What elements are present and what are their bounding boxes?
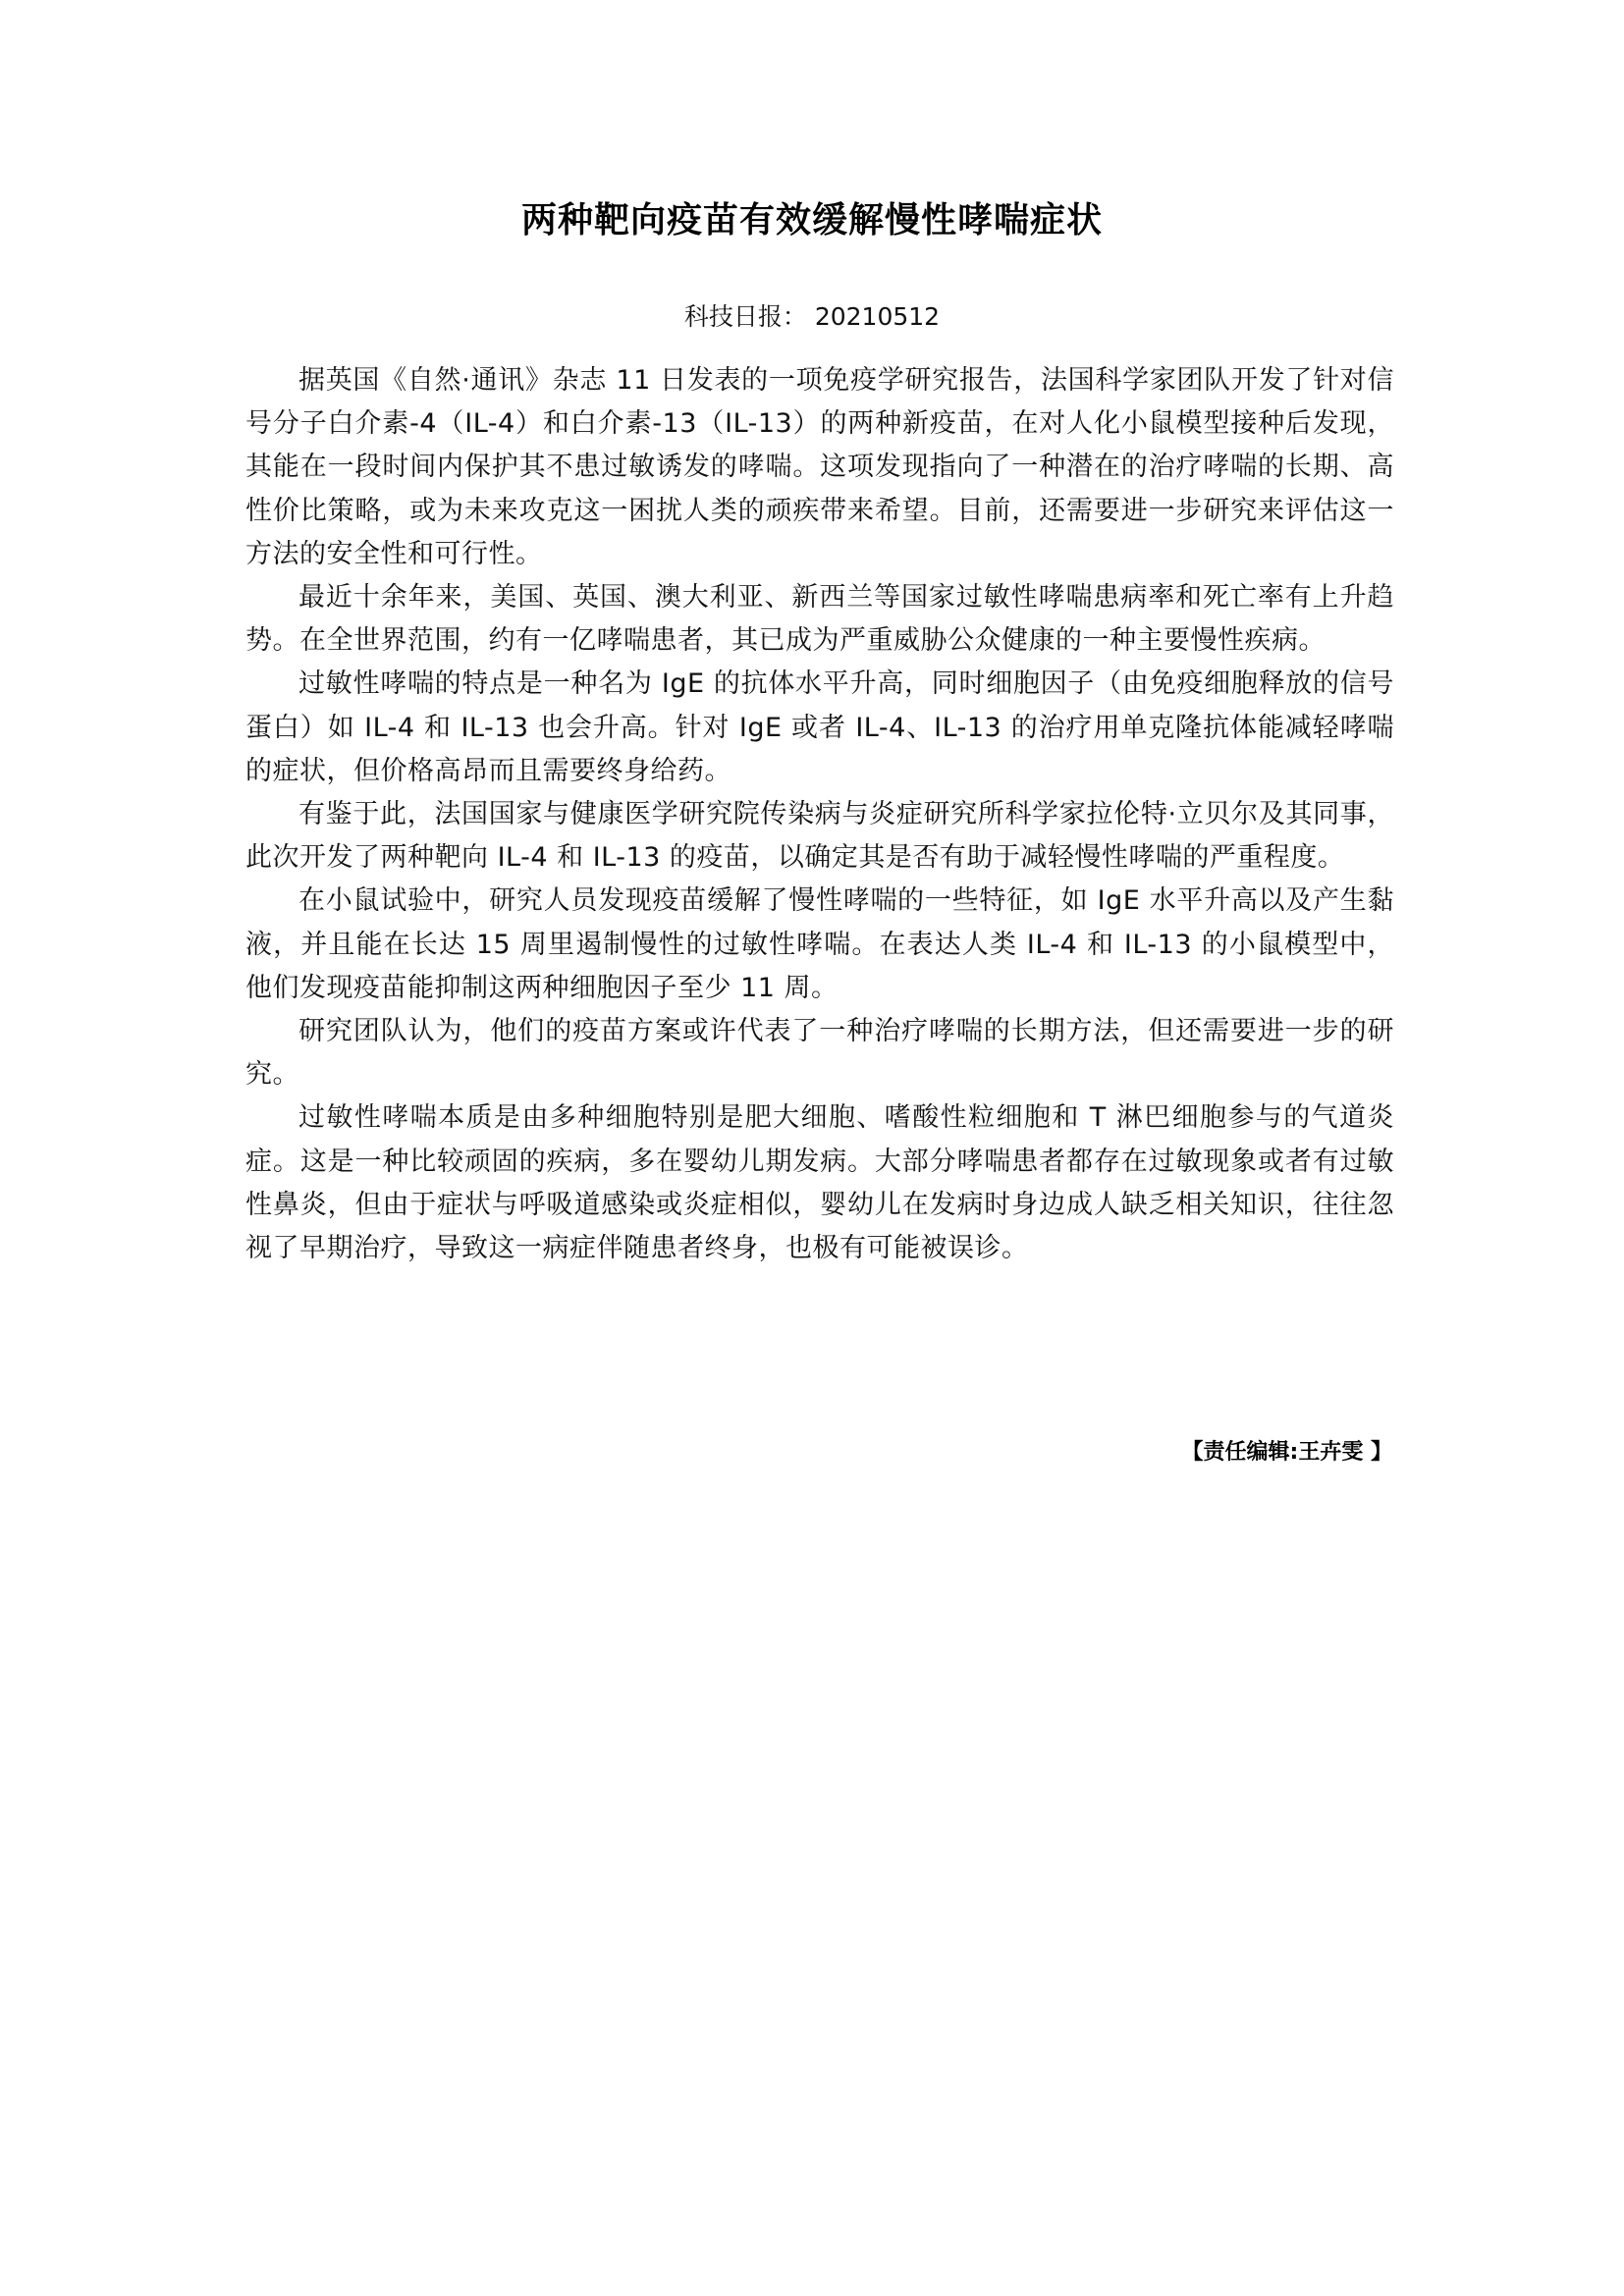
paragraph: 最近十余年来，美国、英国、澳大利亚、新西兰等国家过敏性哮喘患病率和死亡率有上升趋… <box>245 576 1394 663</box>
article-source-date: 科技日报： 20210512 <box>0 299 1624 335</box>
paragraph: 过敏性哮喘的特点是一种名为 IgE 的抗体水平升高，同时细胞因子（由免疫细胞释放… <box>245 663 1394 793</box>
document-page: 两种靶向疫苗有效缓解慢性哮喘症状 科技日报： 20210512 据英国《自然·通… <box>0 0 1624 2296</box>
paragraph: 据英国《自然·通讯》杂志 11 日发表的一项免疫学研究报告，法国科学家团队开发了… <box>245 359 1394 576</box>
paragraph: 有鉴于此，法国国家与健康医学研究院传染病与炎症研究所科学家拉伦特·立贝尔及其同事… <box>245 793 1394 880</box>
paragraph: 研究团队认为，他们的疫苗方案或许代表了一种治疗哮喘的长期方法，但还需要进一步的研… <box>245 1010 1394 1096</box>
article-body: 据英国《自然·通讯》杂志 11 日发表的一项免疫学研究报告，法国科学家团队开发了… <box>245 359 1394 1270</box>
paragraph: 过敏性哮喘本质是由多种细胞特别是肥大细胞、嗜酸性粒细胞和 T 淋巴细胞参与的气道… <box>245 1096 1394 1270</box>
paragraph: 在小鼠试验中，研究人员发现疫苗缓解了慢性哮喘的一些特征，如 IgE 水平升高以及… <box>245 880 1394 1010</box>
article-title: 两种靶向疫苗有效缓解慢性哮喘症状 <box>0 196 1624 245</box>
responsible-editor: 【责任编辑:王卉雯 】 <box>1182 1438 1392 1468</box>
